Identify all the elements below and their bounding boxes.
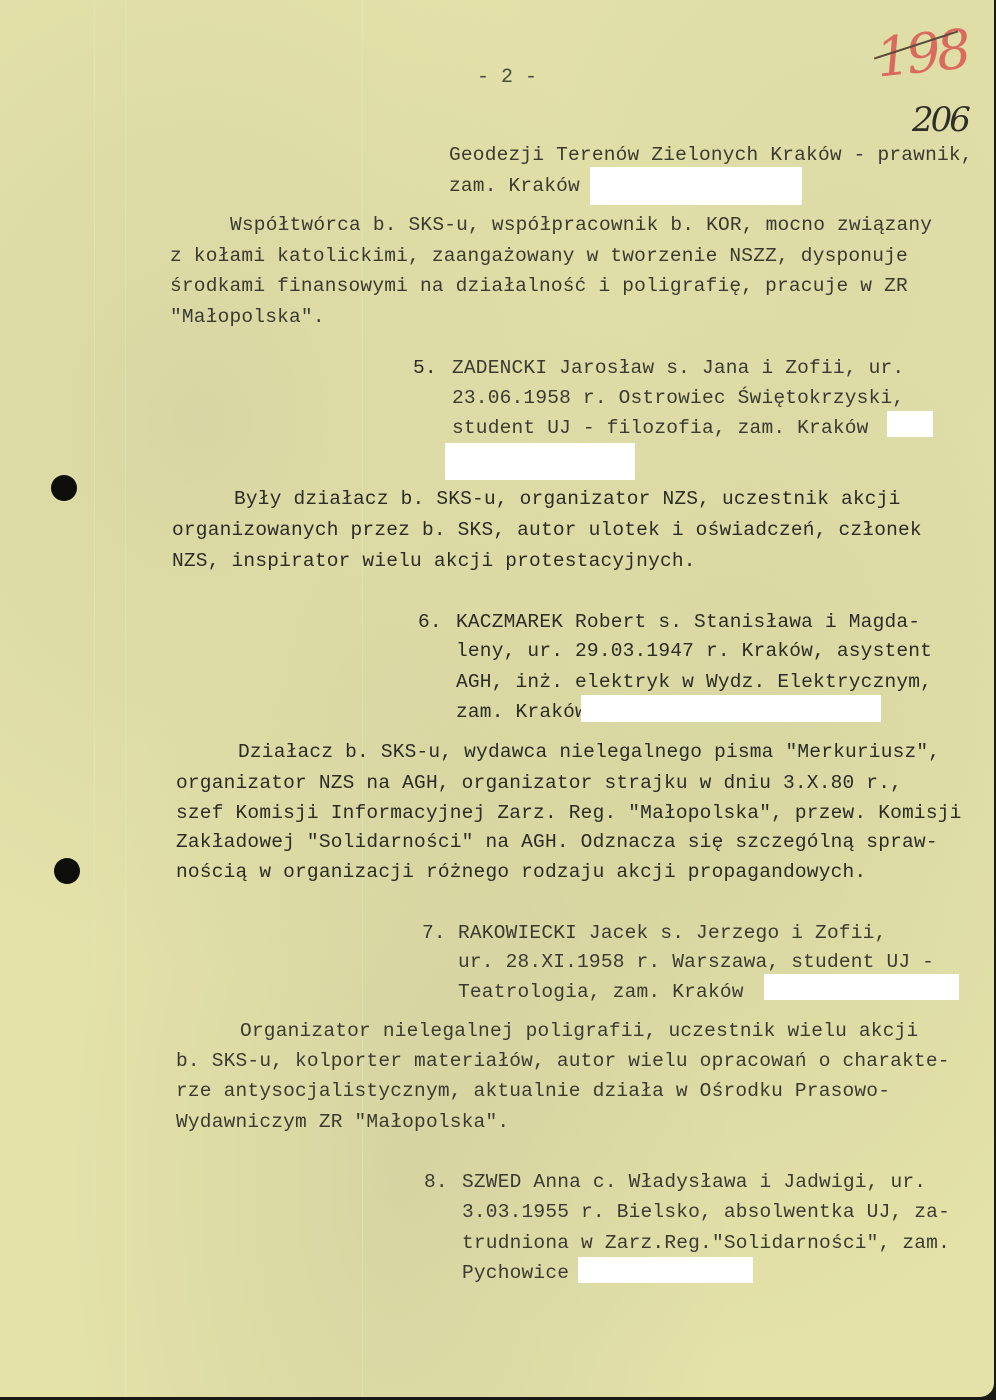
description-line: Były działacz b. SKS-u, organizator NZS,… — [234, 487, 901, 511]
punch-hole — [54, 858, 80, 884]
description-line: Zakładowej "Solidarności" na AGH. Odznac… — [176, 830, 938, 854]
redaction-box — [887, 411, 933, 437]
description-line: Organizator nielegalnej poligrafii, ucze… — [240, 1019, 918, 1043]
description-line: środkami finansowymi na działalność i po… — [170, 274, 908, 298]
description-line: b. SKS-u, kolporter materiałów, autor wi… — [176, 1049, 950, 1073]
entry-header-line: trudniona w Zarz.Reg."Solidarności", zam… — [462, 1231, 950, 1255]
entry-header-line: Teatrologia, zam. Kraków — [458, 980, 744, 1004]
entry-header-line: Pychowice — [462, 1261, 569, 1285]
entry-header-line: 3.03.1955 r. Bielsko, absolwentka UJ, za… — [462, 1200, 950, 1224]
entry-header-line: leny, ur. 29.03.1947 r. Kraków, asystent — [456, 639, 932, 663]
description-line: NZS, inspirator wielu akcji protestacyjn… — [172, 549, 696, 573]
redaction-box — [445, 443, 635, 480]
entry-number: 6. — [418, 610, 442, 634]
document-page: - 2 - 198 206 Geodezji Terenów Zielonych… — [0, 0, 994, 1397]
entry-header-line: AGH, inż. elektryk w Wydz. Elektrycznym, — [456, 670, 932, 694]
description-line: Współtwórca b. SKS-u, współpracownik b. … — [230, 213, 932, 237]
page-number: - 2 - — [477, 66, 537, 89]
entry-number: 5. — [413, 356, 437, 380]
entry-header-line: ur. 28.XI.1958 r. Warszawa, student UJ - — [458, 950, 934, 974]
entry-header-line: SZWED Anna c. Władysława i Jadwigi, ur. — [462, 1170, 926, 1194]
entry-header-line: student UJ - filozofia, zam. Kraków — [452, 416, 869, 440]
entry-number: 8. — [424, 1170, 448, 1194]
redaction-box — [578, 1257, 753, 1283]
redaction-box — [590, 167, 802, 205]
punch-hole — [51, 475, 77, 501]
description-line: organizowanych przez b. SKS, autor ulote… — [172, 518, 922, 542]
description-line: Działacz b. SKS-u, wydawca nielegalnego … — [238, 740, 940, 764]
description-line: "Małopolska". — [170, 305, 325, 329]
entry-header-line: RAKOWIECKI Jacek s. Jerzego i Zofii, — [458, 921, 886, 945]
entry-header-line: ZADENCKI Jarosław s. Jana i Zofii, ur. — [452, 356, 904, 380]
description-line: organizator NZS na AGH, organizator stra… — [176, 771, 902, 795]
scan-artifact-line — [94, 0, 95, 1397]
redaction-box — [764, 974, 959, 1000]
entry-header-line: 23.06.1958 r. Ostrowiec Świętokrzyski, — [452, 386, 904, 410]
scan-artifact-line — [125, 0, 126, 1397]
archive-number: 206 — [912, 100, 968, 140]
description-line: z kołami katolickimi, zaangażowany w two… — [170, 244, 908, 268]
intro-line: Geodezji Terenów Zielonych Kraków - praw… — [449, 143, 973, 167]
description-line: nością w organizacji różnego rodzaju akc… — [176, 860, 866, 884]
entry-header-line: KACZMAREK Robert s. Stanisława i Magda- — [456, 610, 920, 634]
description-line: rze antysocjalistycznym, aktualnie dział… — [176, 1079, 890, 1103]
scan-artifact-line — [362, 0, 363, 1397]
intro-line: zam. Kraków — [449, 174, 580, 198]
entry-number: 7. — [422, 921, 446, 945]
description-line: Wydawniczym ZR "Małopolska". — [176, 1110, 509, 1134]
entry-header-line: zam. Kraków — [456, 700, 587, 724]
redaction-box — [581, 695, 881, 722]
description-line: szef Komisji Informacyjnej Zarz. Reg. "M… — [176, 801, 962, 825]
